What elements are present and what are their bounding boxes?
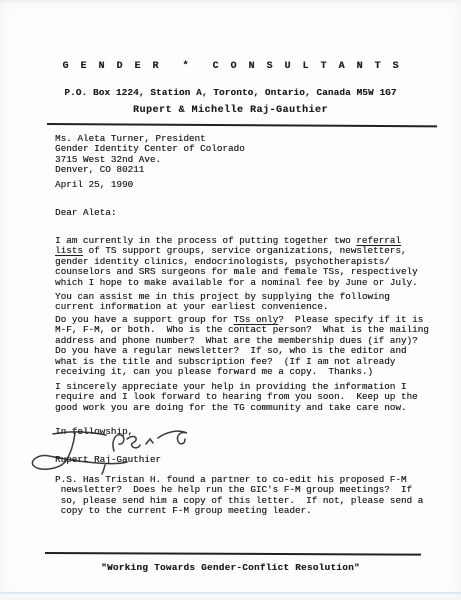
letter-text: I am currently in the process of putting… xyxy=(55,235,356,246)
paragraph-referral-lists: I am currently in the process of putting… xyxy=(55,236,418,288)
letter-text: You can assist me in this project by sup… xyxy=(55,291,390,302)
letter-text: address and phone number? What are the m… xyxy=(55,335,418,346)
letter-text: which I hope to make available for a nom… xyxy=(55,277,418,288)
letter-text: require and I look forward to hearing fr… xyxy=(55,391,418,402)
letterhead-divider xyxy=(47,123,437,128)
letter-text: copy to the current F-M group meeting le… xyxy=(55,505,312,516)
letterhead-title: G E N D E R * C O N S U L T A N T S xyxy=(0,61,461,72)
letter-text: 3715 West 32nd Ave. xyxy=(55,154,161,165)
signature-stroke-p-loop xyxy=(113,435,124,451)
letter-text: so, please send him a copy of this lette… xyxy=(55,495,423,506)
date-line: April 25, 1990 xyxy=(55,180,133,190)
letter-text: M-F, F-M, or both. Who is the contact pe… xyxy=(55,324,429,335)
letter-text: newsletter? Does he help run the GIC's F… xyxy=(55,484,412,495)
letter-text: Do you have a support group for xyxy=(55,314,234,325)
footer-divider xyxy=(45,552,421,556)
signature-stroke-descender xyxy=(102,465,105,474)
underlined-text: TSs only xyxy=(234,314,279,325)
letter-text: receiving it, can you please forward me … xyxy=(55,366,373,377)
letter-text: Gender Identity Center of Colorado xyxy=(55,143,245,154)
paragraph-thanks: I sincerely appreciate your help in prov… xyxy=(55,382,418,413)
letter-text: Ms. Aleta Turner, President xyxy=(55,133,206,144)
letter-text: current information at your earliest con… xyxy=(55,301,328,312)
letter-text: counselors and SRS surgeons for male and… xyxy=(55,266,418,277)
letter-text: good work you are doing for the TG commu… xyxy=(55,402,406,413)
postscript: P.S. Has Tristan H. found a partner to c… xyxy=(55,475,423,517)
letter-text: what is the title and subscription fee? … xyxy=(55,356,395,367)
recipient-address: Ms. Aleta Turner, PresidentGender Identi… xyxy=(55,134,245,176)
letterhead-names: Rupert & Michelle Raj-Gauthier xyxy=(0,105,461,116)
letter-text: of TS support groups, service organizati… xyxy=(83,245,407,256)
signature-stroke-flourish xyxy=(158,431,187,444)
paragraph-questions: Do you have a support group for TSs only… xyxy=(55,315,429,377)
salutation: Dear Aleta: xyxy=(55,208,116,218)
scan-edge-top xyxy=(0,0,461,2)
letter-line: current information at your earliest con… xyxy=(55,302,390,312)
signature-stroke-epsilon xyxy=(127,436,140,447)
letter-text: Do you have a regular newsletter? If so,… xyxy=(55,345,406,356)
underlined-text: lists xyxy=(55,245,83,256)
signature-scrawl xyxy=(28,427,198,475)
paragraph-assist-request: You can assist me in this project by sup… xyxy=(55,292,390,313)
letter-line: copy to the current F-M group meeting le… xyxy=(55,506,423,516)
footer-slogan: "Working Towards Gender-Conflict Resolut… xyxy=(0,562,461,573)
letter-text: P.S. Has Tristan H. found a partner to c… xyxy=(55,474,406,485)
letter-line: receiving it, can you please forward me … xyxy=(55,367,429,377)
letterhead-address: P.O. Box 1224, Station A, Toronto, Ontar… xyxy=(0,87,461,98)
letter-page: G E N D E R * C O N S U L T A N T S P.O.… xyxy=(0,0,461,600)
letter-line: good work you are doing for the TG commu… xyxy=(55,403,418,413)
underlined-text: referral xyxy=(356,235,401,246)
letter-text: gender identity clinics, endocrinologist… xyxy=(55,256,390,267)
signature-stroke-check xyxy=(146,439,153,444)
letter-text: I sincerely appreciate your help in prov… xyxy=(55,381,406,392)
signature-stroke-crossbar xyxy=(53,432,106,435)
letter-text: ? Please specify if it is xyxy=(278,314,423,325)
scan-edge-bottom xyxy=(0,592,461,594)
letter-line: Denver, CO 80211 xyxy=(55,165,245,175)
letter-line: which I hope to make available for a nom… xyxy=(55,278,418,288)
letter-text: Denver, CO 80211 xyxy=(55,164,144,175)
signature-name: Rupert Raj-Gauthier xyxy=(55,455,161,465)
